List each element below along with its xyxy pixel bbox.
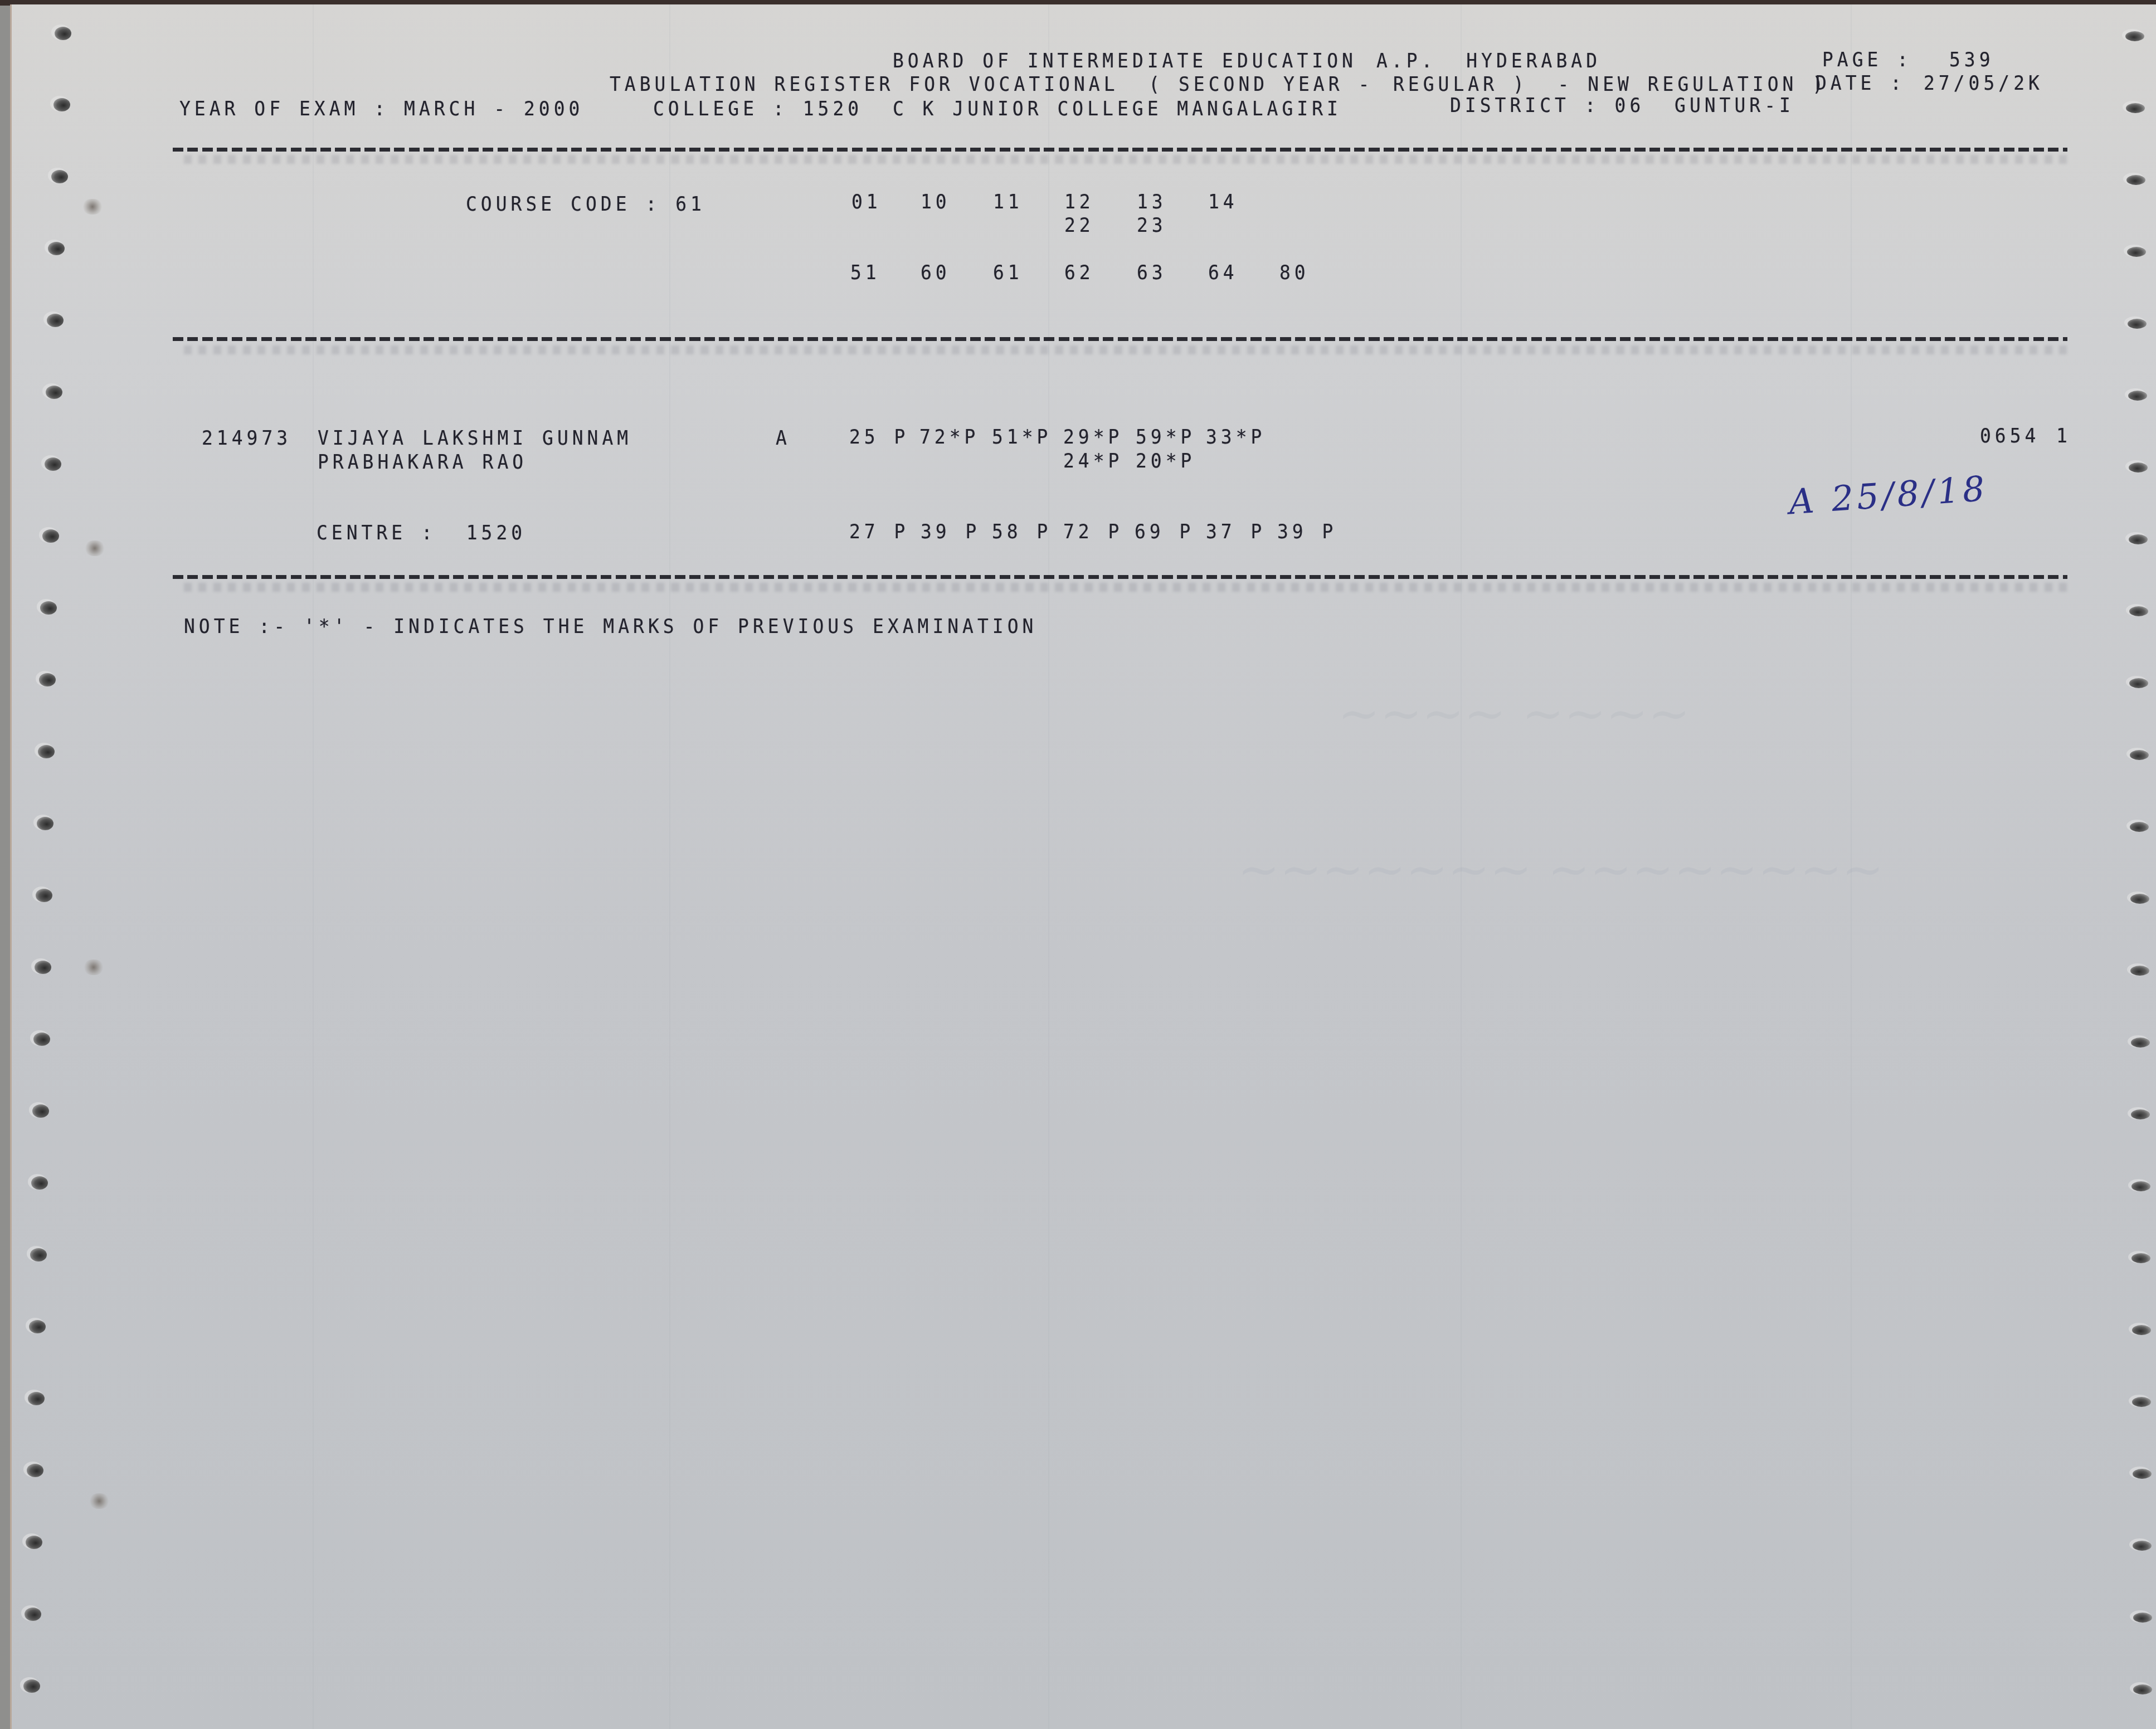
subject-code: 12	[1064, 191, 1094, 211]
staple-mark-icon	[89, 1493, 109, 1509]
mark-entry: 51*P	[992, 426, 1052, 446]
tractor-hole-icon	[2133, 1469, 2152, 1479]
bleed-through-ghost-text: ~~~~~~~ ~~~~~~~~	[1238, 840, 1884, 899]
separator-ghost	[184, 155, 2067, 164]
tractor-hole-icon	[2133, 1541, 2152, 1551]
subject-code: 51	[850, 262, 880, 282]
tractor-hole-icon	[2129, 678, 2148, 688]
tractor-hole-icon	[35, 961, 51, 974]
tractor-hole-icon	[2133, 1613, 2152, 1623]
tractor-hole-icon	[55, 27, 71, 40]
total-marks: 0654	[1980, 425, 2040, 445]
tractor-hole-icon	[26, 1536, 42, 1549]
faint-ruling	[1048, 4, 1049, 1729]
subject-code: 22	[1064, 215, 1094, 235]
subject-code: 62	[1064, 262, 1094, 282]
mark-entry: 37 P	[1206, 521, 1266, 541]
tractor-hole-icon	[45, 457, 61, 471]
separator-ghost	[184, 583, 2067, 592]
mark-entry: 39 P	[1277, 521, 1337, 541]
subject-code: 61	[993, 262, 1023, 282]
year-of-exam: YEAR OF EXAM : MARCH - 2000	[179, 98, 583, 118]
separator-line	[173, 575, 2067, 579]
subject-code: 63	[1137, 262, 1167, 282]
mark-entry: 24*P	[1063, 450, 1123, 470]
tractor-hole-icon	[2130, 966, 2149, 976]
father-name: PRABHAKARA RAO	[318, 451, 527, 471]
report-date: 27/05/2K	[1924, 72, 2043, 92]
board-name: BOARD OF INTERMEDIATE EDUCATION	[893, 50, 1357, 70]
tractor-hole-icon	[2129, 606, 2148, 616]
tractor-hole-icon	[2125, 31, 2144, 41]
tractor-hole-icon	[40, 601, 57, 615]
student-grade: A	[776, 427, 791, 447]
faint-ruling	[669, 4, 670, 1729]
faint-ruling	[313, 4, 314, 1729]
tractor-hole-icon	[28, 1392, 45, 1405]
tractor-hole-icon	[46, 386, 62, 399]
district-info: DISTRICT : 06 GUNTUR-I	[1450, 95, 1794, 115]
separator-line	[173, 337, 2067, 341]
mark-entry: 58 P	[992, 521, 1052, 541]
footnote: NOTE :- '*' - INDICATES THE MARKS OF PRE…	[184, 616, 1037, 636]
subject-code: 01	[851, 191, 882, 211]
tractor-hole-icon	[25, 1608, 41, 1621]
register-title: TABULATION REGISTER FOR VOCATIONAL ( SEC…	[610, 74, 1373, 94]
mark-entry: 39 P	[921, 521, 980, 541]
tractor-hole-icon	[2128, 391, 2147, 401]
board-location: A.P. HYDERABAD	[1376, 50, 1601, 70]
date-label: DATE :	[1816, 72, 1905, 92]
tractor-hole-icon	[47, 314, 64, 327]
tractor-hole-icon	[2127, 247, 2146, 257]
tractor-hole-icon	[2131, 1038, 2150, 1048]
tractor-hole-icon	[2130, 894, 2149, 904]
mark-entry: 33*P	[1206, 426, 1266, 446]
tractor-hole-icon	[23, 1679, 40, 1693]
student-name: VIJAYA LAKSHMI GUNNAM	[318, 427, 632, 447]
subject-code: 11	[993, 191, 1023, 211]
mark-entry: 25 P	[849, 426, 909, 446]
mark-entry: 20*P	[1136, 450, 1195, 470]
subject-code: 13	[1137, 191, 1167, 211]
staple-mark-icon	[85, 540, 105, 556]
tractor-hole-icon	[2126, 103, 2145, 113]
separator-line	[173, 148, 2067, 152]
college-info: COLLEGE : 1520 C K JUNIOR COLLEGE MANGAL…	[653, 98, 1342, 118]
tractor-hole-icon	[2132, 1325, 2151, 1335]
tractor-hole-icon	[2126, 175, 2145, 185]
hall-ticket-number: 214973	[202, 427, 291, 447]
tractor-hole-icon	[38, 745, 55, 758]
page-number: 539	[1949, 49, 1994, 69]
mark-entry: 29*P	[1063, 426, 1123, 446]
tractor-hole-icon	[2130, 750, 2149, 760]
mark-entry: 27 P	[849, 521, 909, 541]
bleed-through-ghost-text: ~~~~ ~~~~	[1338, 684, 1690, 743]
tractor-hole-icon	[42, 529, 59, 543]
tractor-hole-icon	[29, 1320, 46, 1333]
subject-code: 23	[1137, 215, 1167, 235]
mark-entry: 72*P	[919, 426, 979, 446]
tractor-hole-icon	[30, 1248, 47, 1262]
tractor-hole-icon	[33, 1032, 50, 1046]
separator-ghost	[184, 345, 2067, 354]
tractor-hole-icon	[2128, 319, 2147, 329]
subject-code: 64	[1208, 262, 1238, 282]
subject-code: 10	[921, 191, 951, 211]
mark-entry: 59*P	[1136, 426, 1195, 446]
tractor-hole-icon	[2131, 1181, 2150, 1191]
tractor-hole-icon	[2130, 822, 2149, 832]
course-code-label: COURSE CODE : 61	[466, 193, 705, 213]
tractor-hole-icon	[2129, 534, 2148, 544]
tractor-hole-icon	[32, 1104, 49, 1118]
tractor-hole-icon	[27, 1464, 43, 1477]
tractor-hole-icon	[36, 889, 52, 902]
subject-code: 80	[1279, 262, 1310, 282]
centre-info: CENTRE : 1520	[317, 522, 526, 542]
tractor-hole-icon	[2133, 1684, 2152, 1694]
tractor-hole-icon	[37, 817, 53, 830]
staple-mark-icon	[84, 960, 104, 975]
tractor-hole-icon	[51, 170, 68, 183]
mark-entry: 72 P	[1063, 521, 1123, 541]
regulation-type: REGULAR ) - NEW REGULATION )	[1393, 74, 1827, 94]
mark-entry: 69 P	[1135, 521, 1194, 541]
tractor-hole-icon	[39, 673, 56, 686]
tractor-hole-icon	[2132, 1397, 2151, 1407]
staple-mark-icon	[82, 199, 103, 215]
tractor-hole-icon	[53, 98, 70, 111]
subject-code: 60	[921, 262, 951, 282]
tractor-hole-icon	[31, 1176, 48, 1190]
tractor-hole-icon	[2129, 462, 2148, 473]
page-label: PAGE :	[1822, 49, 1912, 69]
tractor-hole-icon	[2131, 1253, 2150, 1263]
tractor-hole-icon	[48, 242, 65, 255]
subject-code: 14	[1208, 191, 1238, 211]
tractor-hole-icon	[2131, 1109, 2150, 1119]
division-result: 1	[2056, 425, 2071, 445]
